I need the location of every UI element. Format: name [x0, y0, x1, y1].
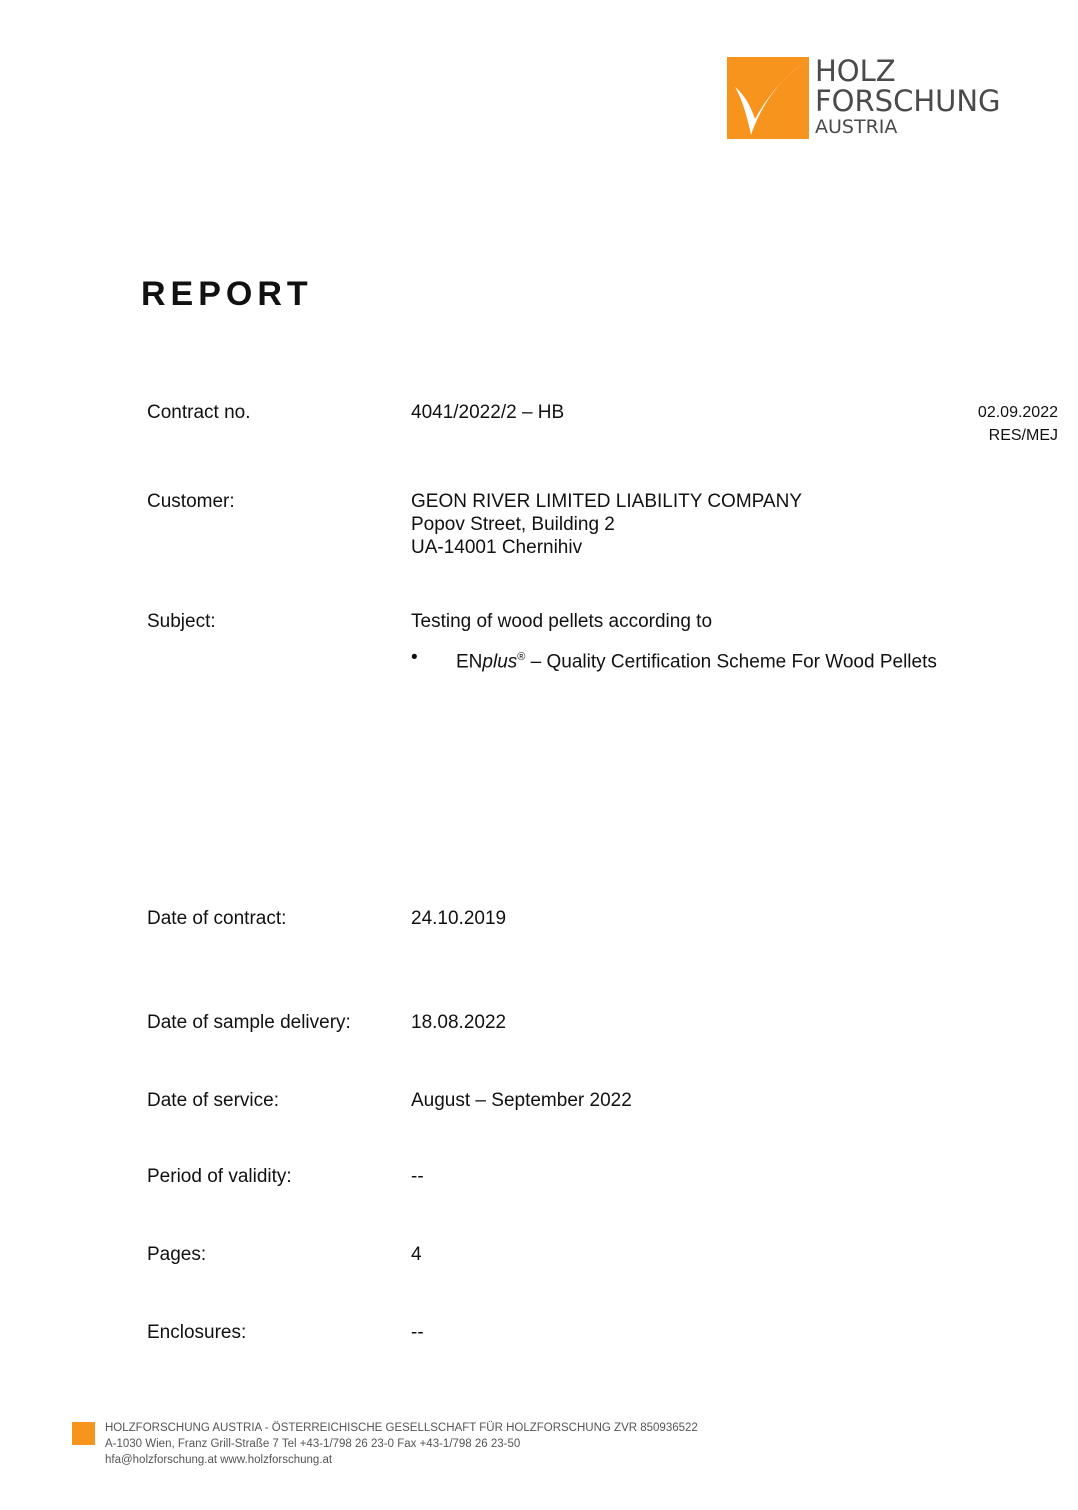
date-of-contract-value: 24.10.2019	[411, 907, 506, 930]
date-of-service-value: August – September 2022	[411, 1089, 632, 1112]
period-of-validity-label: Period of validity:	[147, 1165, 397, 1188]
report-date: 02.09.2022	[858, 401, 1058, 424]
report-date-ref: 02.09.2022 RES/MEJ	[858, 401, 1058, 447]
logo-line-3: AUSTRIA	[815, 118, 1001, 137]
logo-checkmark-icon	[727, 57, 809, 139]
pages-value: 4	[411, 1243, 422, 1266]
pages-label: Pages:	[147, 1243, 397, 1266]
date-of-service-label: Date of service:	[147, 1089, 397, 1112]
subject-intro: Testing of wood pellets according to	[411, 610, 712, 633]
footer-orange-square-icon	[72, 1422, 95, 1445]
contract-no-label: Contract no.	[147, 401, 397, 424]
enclosures-label: Enclosures:	[147, 1321, 397, 1344]
date-of-sample-delivery-value: 18.08.2022	[411, 1011, 506, 1034]
enclosures-value: --	[411, 1321, 424, 1344]
subject-label: Subject:	[147, 610, 397, 633]
footer-address-line: A-1030 Wien, Franz Grill-Straße 7 Tel +4…	[105, 1436, 698, 1452]
customer-city: UA-14001 Chernihiv	[411, 536, 802, 559]
report-reference: RES/MEJ	[858, 424, 1058, 447]
subject-bullet-text: ENplus® – Quality Certification Scheme F…	[456, 646, 937, 673]
customer-name: GEON RIVER LIMITED LIABILITY COMPANY	[411, 490, 802, 513]
period-of-validity-value: --	[411, 1165, 424, 1188]
footer-company-line: HOLZFORSCHUNG AUSTRIA - ÖSTERREICHISCHE …	[105, 1420, 698, 1436]
date-of-contract-label: Date of contract:	[147, 907, 397, 930]
footer-contact-line: hfa@holzforschung.at www.holzforschung.a…	[105, 1452, 698, 1468]
logo-line-1: HOLZ	[815, 57, 1001, 86]
customer-label: Customer:	[147, 490, 397, 513]
customer-value: GEON RIVER LIMITED LIABILITY COMPANY Pop…	[411, 490, 802, 559]
contract-no-value: 4041/2022/2 – HB	[411, 401, 564, 424]
holzforschung-logo: HOLZ FORSCHUNG AUSTRIA	[727, 57, 1017, 141]
date-of-sample-delivery-label: Date of sample delivery:	[147, 1011, 397, 1034]
logo-line-2: FORSCHUNG	[815, 87, 1001, 116]
bullet-icon: •	[411, 646, 418, 669]
report-title: REPORT	[141, 275, 313, 314]
customer-street: Popov Street, Building 2	[411, 513, 802, 536]
